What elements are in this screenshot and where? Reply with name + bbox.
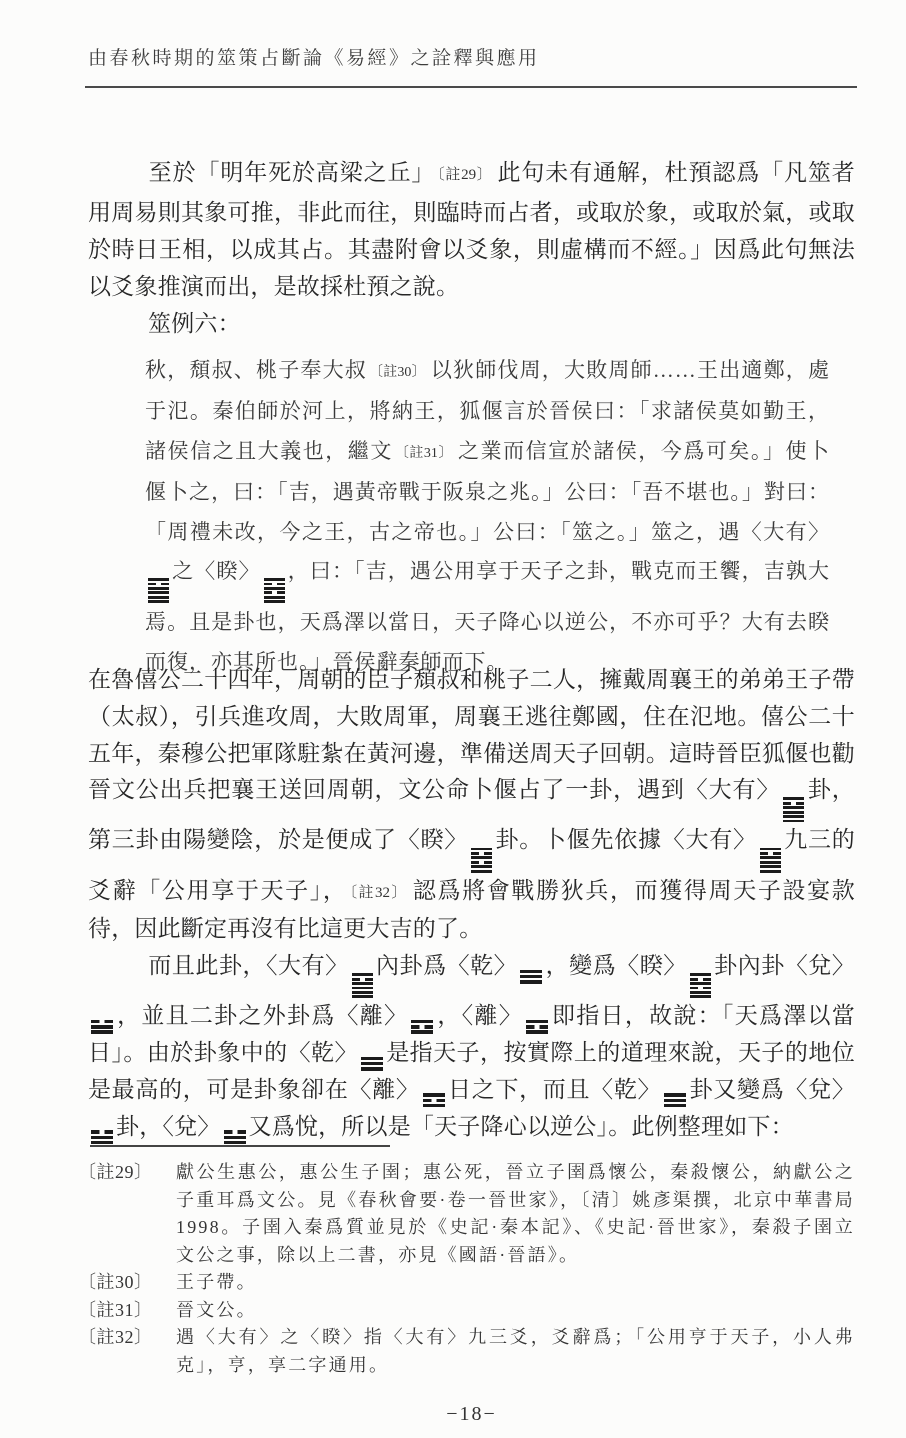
yang-line	[690, 991, 711, 994]
paragraph-hexagram-analysis: 而且此卦，〈大有〉內卦爲〈乾〉，變爲〈睽〉卦內卦〈兌〉，並且二卦之外卦爲〈離〉，…	[88, 948, 855, 1145]
yang-line	[91, 1025, 113, 1028]
yang-line	[264, 578, 285, 581]
text-run: 日之下，而且〈乾〉	[448, 1077, 662, 1102]
yang-line	[783, 820, 804, 823]
footnote-separator	[90, 1145, 390, 1147]
yang-line	[760, 865, 781, 868]
yang-line	[471, 856, 492, 859]
yin-line	[760, 852, 781, 855]
text-run: 內卦爲〈乾〉	[376, 953, 518, 978]
trigram-qian-symbol	[361, 1057, 383, 1071]
hexagram-kui-symbol	[264, 578, 285, 603]
yin-line	[91, 1130, 113, 1133]
page-body: 至於「明年死於高梁之丘」〔註29〕此句未有通解，杜預認爲「凡筮者用周易則其象可推…	[88, 154, 855, 1145]
yang-line	[361, 1067, 383, 1070]
yang-line	[520, 980, 542, 983]
footnote-list: 〔註29〕 獻公生惠公，惠公生子圉；惠公死，晉立子圉爲懷公，秦殺懷公，納獻公之子…	[78, 1159, 855, 1379]
yang-line	[760, 870, 781, 873]
hexagram-dayou-symbol	[760, 848, 781, 873]
yang-line	[264, 600, 285, 603]
yang-line	[783, 806, 804, 809]
yin-line	[352, 978, 373, 981]
yang-line	[664, 1093, 686, 1096]
yang-line	[411, 1020, 433, 1023]
yang-line	[264, 596, 285, 599]
yang-line	[352, 991, 373, 994]
text-run: 卦又變爲〈兌〉	[689, 1077, 855, 1102]
footnote-label: 〔註30〕	[78, 1269, 166, 1297]
yin-line	[471, 861, 492, 864]
footnotes-section: 〔註29〕 獻公生惠公，惠公生子圉；惠公死，晉立子圉爲懷公，秦殺懷公，納獻公之子…	[88, 1145, 855, 1426]
text-run: ，〈離〉	[436, 1003, 523, 1028]
trigram-dui-symbol	[91, 1020, 113, 1034]
footnote-marker: 〔註30〕	[367, 365, 431, 380]
footnote-marker: 〔註29〕	[435, 167, 497, 183]
trigram-dui-symbol	[91, 1130, 113, 1144]
trigram-li-symbol	[526, 1020, 548, 1034]
yang-line	[526, 1020, 548, 1023]
yin-line	[264, 583, 285, 586]
yang-line	[783, 797, 804, 800]
yin-line	[690, 978, 711, 981]
yang-line	[148, 578, 169, 581]
yang-line	[520, 975, 542, 978]
document-page: 由春秋時期的筮策占斷論《易經》之詮釋與應用 至於「明年死於高梁之丘」〔註29〕此…	[0, 0, 906, 1438]
paragraph-content: 至於「明年死於高梁之丘」〔註29〕此句未有通解，杜預認爲「凡筮者用周易則其象可推…	[88, 160, 855, 299]
text-run: 又爲悅，所以是「天子降心以逆公」。此例整理如下：	[249, 1114, 794, 1139]
yang-line	[148, 600, 169, 603]
yang-line	[224, 1141, 246, 1144]
yin-line	[91, 1020, 113, 1023]
text-run: 卦。卜偃先依據〈大有〉	[495, 827, 757, 852]
yang-line	[783, 815, 804, 818]
yang-line	[423, 1093, 445, 1096]
yin-line	[423, 1099, 445, 1102]
footnote-marker: 〔註31〕	[393, 446, 458, 461]
text-run: 而且此卦，〈大有〉	[148, 953, 349, 978]
yang-line	[690, 995, 711, 998]
footnote-text: 王子帶。	[176, 1269, 855, 1297]
yang-line	[471, 848, 492, 851]
yang-line	[471, 865, 492, 868]
trigram-qian-symbol	[664, 1093, 686, 1107]
yang-line	[690, 973, 711, 976]
yang-line	[760, 848, 781, 851]
yang-line	[352, 995, 373, 998]
text-run: 秋，頹叔、桃子奉大叔	[145, 358, 367, 382]
yang-line	[361, 1062, 383, 1065]
yang-line	[224, 1136, 246, 1139]
yang-line	[352, 987, 373, 990]
yang-line	[783, 811, 804, 814]
hexagram-dayou-symbol	[783, 797, 804, 822]
yang-line	[148, 596, 169, 599]
paragraph-duyu-comment: 至於「明年死於高梁之丘」〔註29〕此句未有通解，杜預認爲「凡筮者用周易則其象可推…	[88, 154, 855, 305]
text-run: ，並且二卦之外卦爲〈離〉	[116, 1003, 408, 1028]
yin-line	[224, 1130, 246, 1133]
yang-line	[526, 1030, 548, 1033]
trigram-li-symbol	[411, 1020, 433, 1034]
text-run: 卦，〈兌〉	[116, 1114, 221, 1139]
hexagram-dayou-symbol	[148, 578, 169, 603]
footnote-30: 〔註30〕 王子帶。	[78, 1269, 855, 1297]
yang-line	[148, 587, 169, 590]
yang-line	[148, 591, 169, 594]
text-run: 之〈睽〉	[172, 559, 261, 583]
text-run: 至於「明年死於高梁之丘」	[148, 160, 435, 185]
yang-line	[423, 1104, 445, 1107]
yang-line	[352, 982, 373, 985]
page-header: 由春秋時期的筮策占斷論《易經》之詮釋與應用	[88, 46, 855, 88]
yang-line	[264, 587, 285, 590]
header-rule	[85, 86, 857, 88]
example-six-label: 筮例六：	[88, 305, 855, 342]
yang-line	[690, 982, 711, 985]
hexagram-kui-symbol	[690, 973, 711, 998]
text-run: 在魯僖公二十四年，周朝的臣子頹叔和桃子二人，擁戴周襄王的弟弟王子帶（太叔），引兵…	[88, 667, 855, 802]
text-run: ，變爲〈睽〉	[545, 953, 687, 978]
paragraph-content: 而且此卦，〈大有〉內卦爲〈乾〉，變爲〈睽〉卦內卦〈兌〉，並且二卦之外卦爲〈離〉，…	[88, 953, 855, 1139]
footnote-marker: 〔註32〕	[348, 885, 413, 901]
yin-line	[411, 1025, 433, 1028]
yang-line	[520, 970, 542, 973]
footnote-32: 〔註32〕 遇〈大有〉之〈睽〉指〈大有〉九三爻，爻辭爲；「公用亨于天子，小人弗克…	[78, 1324, 855, 1379]
running-title: 由春秋時期的筮策占斷論《易經》之詮釋與應用	[88, 46, 855, 72]
yin-line	[783, 802, 804, 805]
yang-line	[91, 1141, 113, 1144]
page-number: −18−	[88, 1403, 855, 1426]
footnote-text: 獻公生惠公，惠公生子圉；惠公死，晉立子圉爲懷公，秦殺懷公，納獻公之子重耳爲文公。…	[176, 1159, 855, 1269]
footnote-text: 遇〈大有〉之〈睽〉指〈大有〉九三爻，爻辭爲；「公用亨于天子，小人弗克」，亨，享二…	[176, 1324, 855, 1379]
footnote-label: 〔註29〕	[78, 1159, 166, 1269]
footnote-31: 〔註31〕 晉文公。	[78, 1297, 855, 1325]
hexagram-dayou-symbol	[352, 973, 373, 998]
trigram-qian-symbol	[520, 970, 542, 984]
yang-line	[664, 1104, 686, 1107]
yang-line	[91, 1030, 113, 1033]
zuozhuan-quote: 秋，頹叔、桃子奉大叔〔註30〕以狄師伐周，大敗周師……王出適鄭，處于氾。秦伯師於…	[145, 351, 830, 682]
hexagram-kui-symbol	[471, 848, 492, 873]
yang-line	[352, 973, 373, 976]
yang-line	[760, 861, 781, 864]
trigram-li-symbol	[423, 1093, 445, 1107]
footnote-text: 晉文公。	[176, 1297, 855, 1325]
footnote-29: 〔註29〕 獻公生惠公，惠公生子圉；惠公死，晉立子圉爲懷公，秦殺懷公，納獻公之子…	[78, 1159, 855, 1269]
text-run: 卦內卦〈兌〉	[714, 953, 855, 978]
yang-line	[664, 1099, 686, 1102]
yang-line	[411, 1030, 433, 1033]
yang-line	[471, 870, 492, 873]
footnote-label: 〔註31〕	[78, 1297, 166, 1325]
yin-line	[148, 583, 169, 586]
trigram-dui-symbol	[224, 1130, 246, 1144]
yin-line	[526, 1025, 548, 1028]
yin-line	[690, 987, 711, 990]
yin-line	[264, 591, 285, 594]
paragraph-narrative: 在魯僖公二十四年，周朝的臣子頹叔和桃子二人，擁戴周襄王的弟弟王子帶（太叔），引兵…	[88, 662, 855, 948]
yang-line	[91, 1136, 113, 1139]
yang-line	[760, 856, 781, 859]
yin-line	[471, 852, 492, 855]
footnote-label: 〔註32〕	[78, 1324, 166, 1379]
yang-line	[361, 1057, 383, 1060]
